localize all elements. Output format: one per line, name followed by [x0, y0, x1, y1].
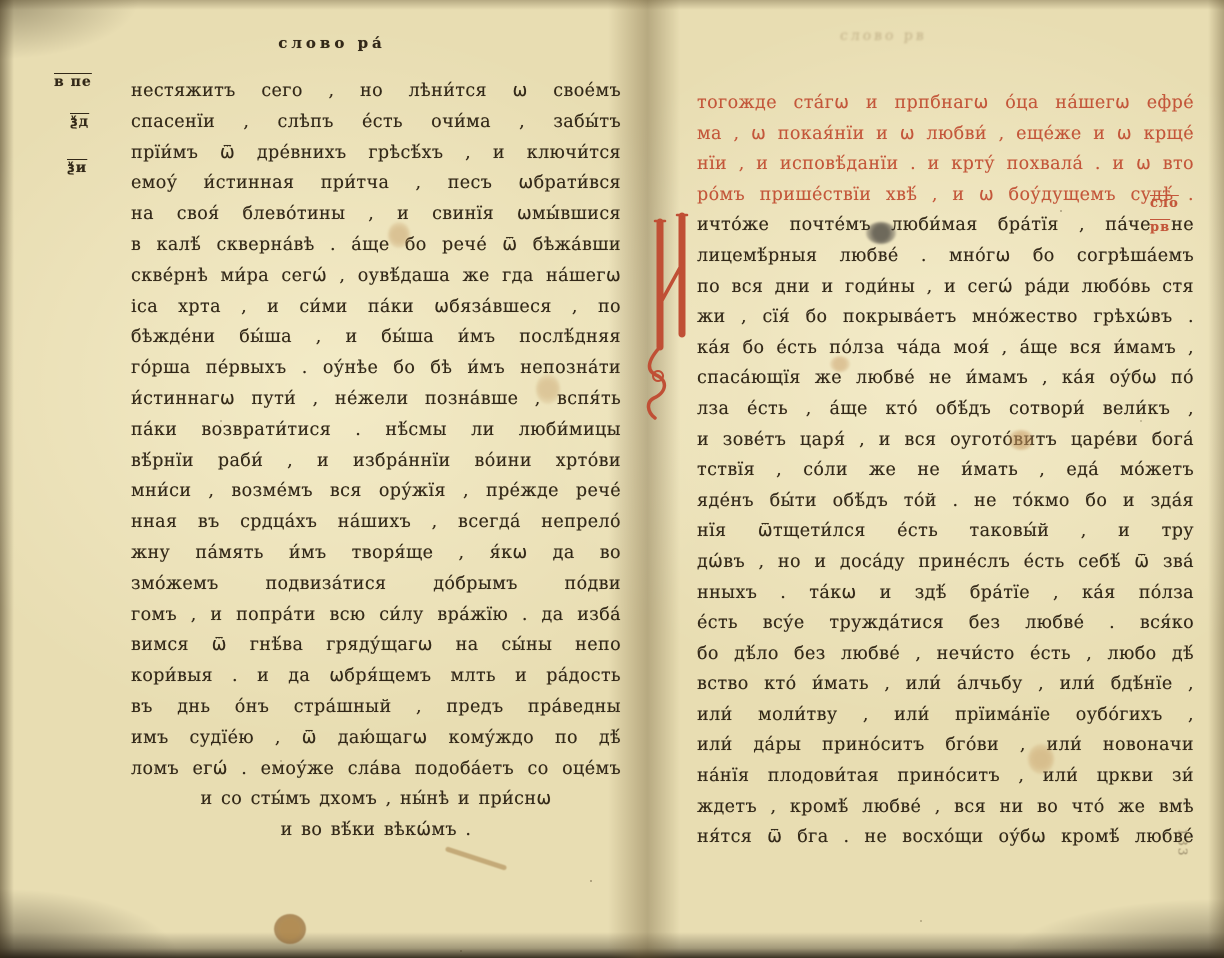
text-line: жи , сїя́ бо покрыва́етъ мно́жество грѣх… [697, 302, 1194, 333]
text-line: па́ки возврати́тися . нѣ́смы ли люби́миц… [131, 415, 621, 446]
closing-line: и во вѣ́ки вѣкѡ́мъ . [131, 815, 621, 846]
text-line: іса хрта , и си́ми па́ки ѡбяза́вшеся , п… [131, 292, 621, 323]
text-line: дѡ́въ , но и доса́ду прине́слъ е́сть себ… [697, 547, 1194, 578]
paper-specks [160, 120, 162, 122]
text-line: на своя́ блево́тины , и свинїя ѡмы́вшися [131, 199, 621, 230]
text-line: го́рша пе́рвыхъ . оу́нѣе бо бѣ и́мъ непо… [131, 353, 621, 384]
page-edge-shadow [0, 888, 180, 958]
drop-cap-initial-N [644, 212, 700, 426]
rubric-line: нїи , и исповѣ́данїи . и крту́ похвала́ … [697, 149, 1194, 180]
text-line: ломъ егѡ́ . емоу́же сла́ва подоба́етъ со… [131, 754, 621, 785]
text-line: е́сть всу́е тружда́тися без любве́ . вся… [697, 608, 1194, 639]
text-line: прїи́мъ ѿ дре́внихъ грѣсѣ́хъ , и ключи́т… [131, 138, 621, 169]
text-line: скве́рнѣ ми́ра сегѡ́ , оувѣ́даша же гда … [131, 261, 621, 292]
right-margin-notes: слорв [1150, 196, 1200, 244]
page-edge-shadow [0, 0, 140, 60]
text-line: емоу́ и́стинная при́тча , песъ ѡбрати́вс… [131, 168, 621, 199]
book-scan: слово ра́ в пеѯдѯи нестяжитъ сего , но л… [0, 0, 1224, 958]
text-line: вѣ́рнїи раби́ , и избра́ннїи во́ини хрто… [131, 446, 621, 477]
running-head: слово ра́ [232, 34, 432, 52]
text-line: нестяжитъ сего , но лѣни́тся ѡ свое́мъ [131, 76, 621, 107]
rubric-line: тогожде ста́гѡ и прпбнагѡ о́ца на́шегѡ е… [697, 88, 1194, 119]
text-line: нїя ѿтщети́лся е́сть таковы́й , и тру [697, 516, 1194, 547]
text-line: ичто́же почте́мъ люби́мая бра́тїя , па́ч… [697, 210, 1194, 241]
margin-note: ѯи [67, 160, 118, 176]
left-closing-text: и со сты́мъ дхомъ , ны́нѣ и при́снѡи во … [131, 784, 621, 846]
text-line: или́ да́ры прино́ситъ бго́ви , или́ ново… [697, 730, 1194, 761]
text-line: жну па́мять и́мъ творя́ще , я́кѡ да во [131, 538, 621, 569]
text-line: ня́тся ѿ бга . не восхо́щи оу́бѡ кромѣ́ … [697, 822, 1194, 853]
left-body-text: нестяжитъ сего , но лѣни́тся ѡ свое́мъсп… [131, 76, 621, 784]
text-line: кори́выя . и да ѡбря́щемъ млть и ра́дост… [131, 661, 621, 692]
text-line: мни́си , возме́мъ вся ору́жїя , пре́жде … [131, 476, 621, 507]
text-line: имъ судїе́ю , ѿ даю́щагѡ кому́ждо по дѣ́ [131, 723, 621, 754]
rubric-line: ма , ѡ покая́нїи и ѡ любви́ , еще́же и ѡ… [697, 119, 1194, 150]
text-line: гомъ , и попра́ти всю си́лу вра́жїю . да… [131, 600, 621, 631]
right-body-text: ичто́же почте́мъ люби́мая бра́тїя , па́ч… [697, 210, 1194, 852]
faint-corner-mark: 133 [1175, 829, 1189, 858]
text-line: спаса́ющїя же любве́ не и́мамъ , ка́я оу… [697, 363, 1194, 394]
text-line: на́нїя плодови́тая прино́ситъ , или́ црк… [697, 761, 1194, 792]
page-edge-shadow [1004, 898, 1224, 958]
text-line: в калѣ́ скверна́вѣ . а́ще бо рече́ ѿ бѣж… [131, 230, 621, 261]
margin-note: ѯд [70, 114, 118, 130]
text-line: лза е́сть , а́ще кто́ обѣ́дъ сотвори́ ве… [697, 394, 1194, 425]
margin-note: рв [1150, 220, 1200, 235]
right-text-block: тогожде ста́гѡ и прпбнагѡ о́ца на́шегѡ е… [697, 88, 1194, 853]
text-line: или́ моли́тву , или́ прїима́нїе оубо́гих… [697, 700, 1194, 731]
rubric-line: ро́мъ прише́ствїи хвѣ́ , и ѡ боу́дущемъ … [697, 180, 1194, 211]
text-line: тствїя , со́ли же не и́мать , еда́ мо́же… [697, 455, 1194, 486]
text-line: вимся ѿ гнѣ́ва гряду́щагѡ на сы́ны непо [131, 630, 621, 661]
text-line: въ днь о́нъ стра́шный , предъ пра́ведны [131, 692, 621, 723]
text-line: вство кто́ и́мать , или́ а́лчьбу , или́ … [697, 669, 1194, 700]
text-line: нныхъ . та́кѡ и здѣ́ бра́тїе , ка́я по́л… [697, 578, 1194, 609]
margin-note: в пе [54, 74, 118, 90]
text-line: бо дѣ́ло без любве́ , нечи́сто е́сть , л… [697, 639, 1194, 670]
rubric-heading: тогожде ста́гѡ и прпбнагѡ о́ца на́шегѡ е… [697, 88, 1194, 210]
text-line: лицемѣ́рныя любве́ . мно́гѡ бо согрѣша́е… [697, 241, 1194, 272]
closing-line: и со сты́мъ дхомъ , ны́нѣ и при́снѡ [131, 784, 621, 815]
text-line: бѣжде́ни бы́ша , и бы́ша и́мъ послѣ́дняя [131, 322, 621, 353]
show-through-running-head: слово рв [839, 28, 1100, 44]
text-line: ждетъ , кромѣ́ любве́ , вся ни во что́ ж… [697, 792, 1194, 823]
text-line: и зове́тъ царя́ , и вся оугото́витъ царе… [697, 425, 1194, 456]
text-line: яде́нъ бы́ти обѣ́дъ то́й . не то́кмо бо … [697, 486, 1194, 517]
text-line: нная въ срдца́хъ на́шихъ , всегда́ непре… [131, 507, 621, 538]
text-line: спасенїи , слѣпъ е́сть очи́ма , забы́тъ [131, 107, 621, 138]
text-line: змо́жемъ подвиза́тися до́брымъ по́дви [131, 569, 621, 600]
margin-note: сло [1150, 196, 1200, 211]
text-line: ка́я бо е́сть по́лза ча́да моя́ , а́ще в… [697, 333, 1194, 364]
text-line: по вся дни и годи́ны , и сегѡ́ ра́ди люб… [697, 272, 1194, 303]
left-text-block: нестяжитъ сего , но лѣни́тся ѡ свое́мъсп… [131, 76, 621, 846]
text-line: и́стиннагѡ пути́ , не́жели позна́вше , в… [131, 384, 621, 415]
left-margin-notes: в пеѯдѯи [54, 74, 118, 200]
